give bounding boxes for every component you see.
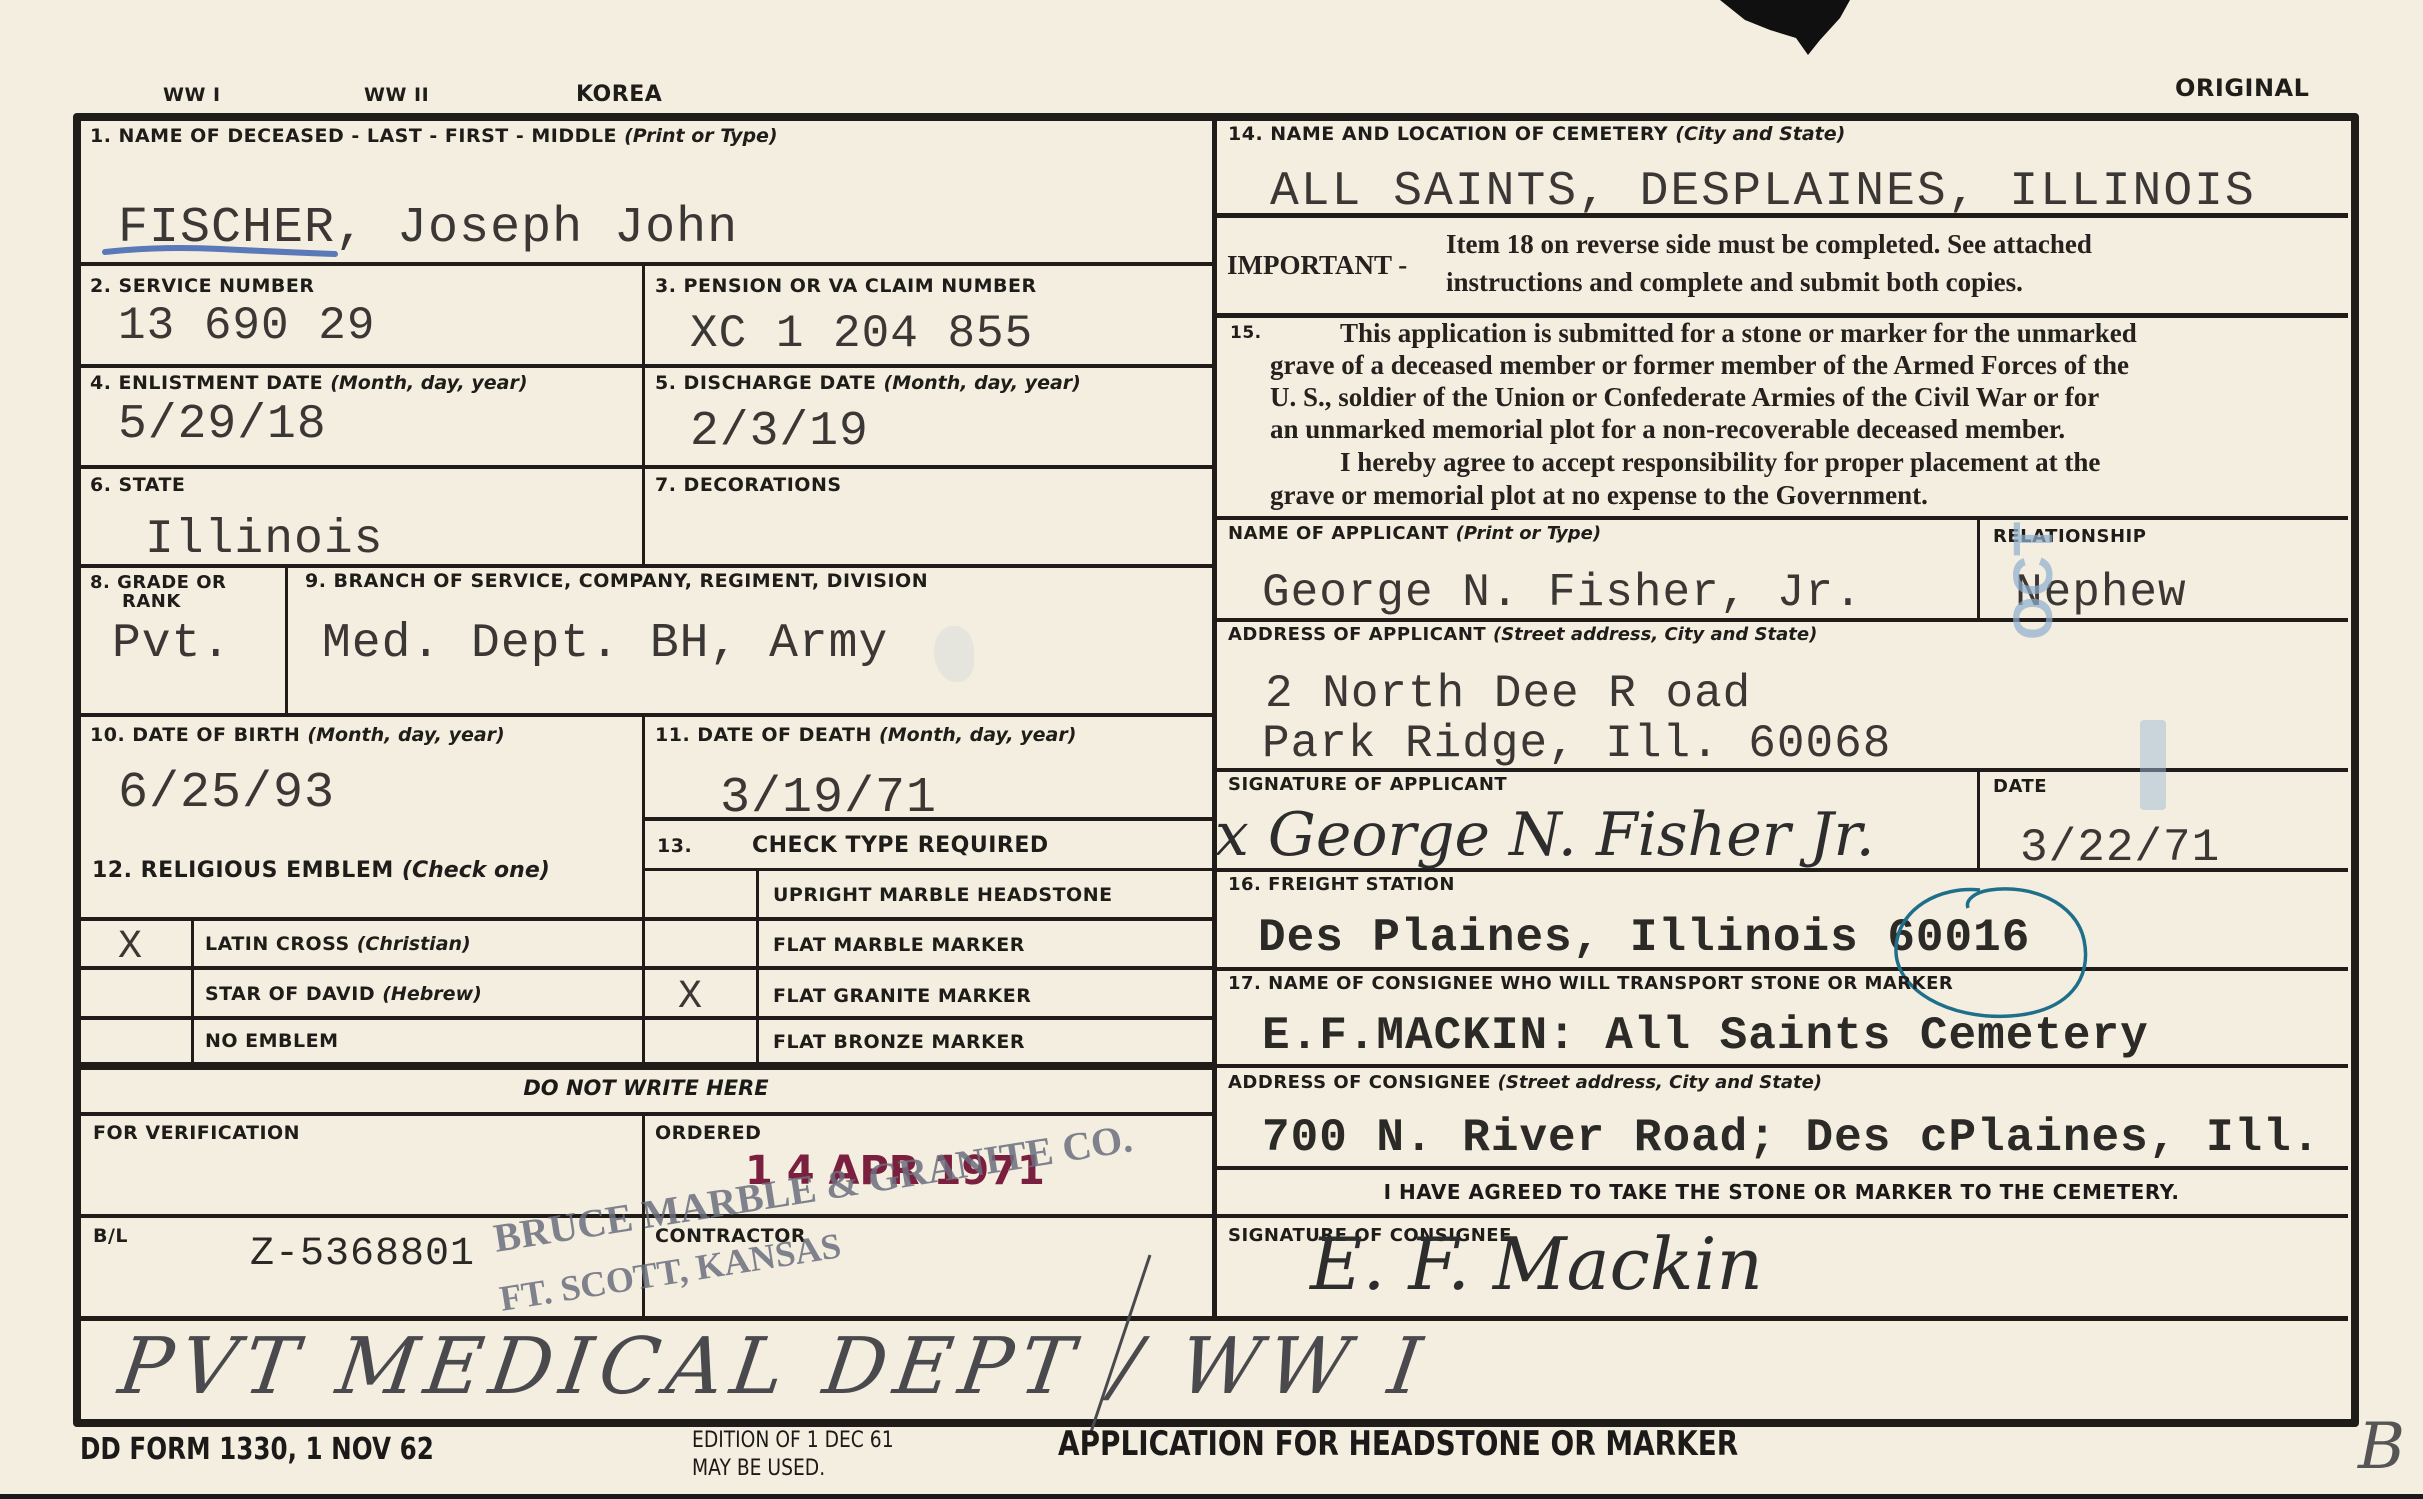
statement-line: an unmarked memorial plot for a non-reco… xyxy=(1270,414,2065,445)
label-hint: (Month, day, year) xyxy=(330,372,527,394)
label-text: STAR OF DAVID xyxy=(205,983,375,1005)
grade-input[interactable]: Pvt. xyxy=(112,617,231,671)
divider xyxy=(78,966,1214,970)
divider xyxy=(78,364,1214,368)
label-hint: (Street address, City and State) xyxy=(1498,1072,1822,1093)
conflict-label-ww2: WW II xyxy=(364,84,429,106)
applicant-address-line1[interactable]: 2 North Dee R oad xyxy=(1265,668,1751,720)
option-label: STAR OF DAVID (Hebrew) xyxy=(205,983,482,1005)
birth-date-label: 10. DATE OF BIRTH (Month, day, year) xyxy=(90,724,505,746)
blue-underline-mark xyxy=(100,242,340,262)
consignee-address-label: ADDRESS OF CONSIGNEE (Street address, Ci… xyxy=(1228,1072,1822,1093)
claim-number-input[interactable]: XC 1 204 855 xyxy=(690,308,1033,360)
label-hint: (Street address, City and State) xyxy=(1493,624,1817,645)
death-date-input[interactable]: 3/19/71 xyxy=(720,770,937,827)
divider xyxy=(1977,772,1980,870)
copy-label: ORIGINAL xyxy=(2175,74,2309,102)
statement-line: grave of a deceased member or former mem… xyxy=(1270,350,2129,381)
label-hint: (Hebrew) xyxy=(382,983,482,1005)
service-number-input[interactable]: 13 690 29 xyxy=(118,300,375,352)
label-hint: (Month, day, year) xyxy=(884,372,1081,394)
conflict-label-ww1: WW I xyxy=(163,84,221,106)
option-label: UPRIGHT MARBLE HEADSTONE xyxy=(773,884,1113,906)
divider xyxy=(642,715,645,1064)
divider xyxy=(78,1062,1214,1070)
divider xyxy=(285,566,288,715)
consignee-address-input[interactable]: 700 N. River Road; Des cPlaines, Ill. xyxy=(1262,1112,2320,1164)
form-number: DD FORM 1330, 1 NOV 62 xyxy=(80,1432,434,1467)
form-title: APPLICATION FOR HEADSTONE OR MARKER xyxy=(1058,1424,1738,1464)
do-not-write-header: DO NOT WRITE HERE xyxy=(78,1076,1214,1100)
religious-emblem-label: 12. RELIGIOUS EMBLEM (Check one) xyxy=(92,858,550,883)
date-input[interactable]: 3/22/71 xyxy=(2020,822,2220,874)
option-label: FLAT BRONZE MARKER xyxy=(773,1031,1025,1053)
divider xyxy=(78,262,1214,266)
statement-line: grave or memorial plot at no expense to … xyxy=(1270,480,1928,511)
label-text: 1. NAME OF DECEASED - LAST - FIRST - MID… xyxy=(90,125,617,147)
scan-edge xyxy=(0,1494,2423,1499)
cemetery-label: 14. NAME AND LOCATION OF CEMETERY (City … xyxy=(1228,123,1845,145)
label-text: ADDRESS OF CONSIGNEE xyxy=(1228,1072,1491,1093)
divider xyxy=(756,870,759,1064)
received-stamp: OCT xyxy=(2000,522,2065,640)
branch-input[interactable]: Med. Dept. BH, Army xyxy=(322,617,888,671)
freight-station-city: Des Plaines, Illinois xyxy=(1258,912,1859,964)
decorations-label: 7. DECORATIONS xyxy=(655,474,842,496)
divider xyxy=(643,868,1214,871)
divider xyxy=(78,917,1214,921)
birth-date-input[interactable]: 6/25/93 xyxy=(118,765,335,822)
applicant-address-line2[interactable]: Park Ridge, Ill. 60068 xyxy=(1262,718,1891,770)
divider xyxy=(78,1316,2348,1321)
consignee-name-label: 17. NAME OF CONSIGNEE WHO WILL TRANSPORT… xyxy=(1228,973,1953,994)
corner-mark: B xyxy=(2358,1410,2405,1484)
consignee-name-input[interactable]: E.F.MACKIN: All Saints Cemetery xyxy=(1262,1010,2149,1062)
label-hint: (Month, day, year) xyxy=(879,724,1076,746)
service-number-label: 2. SERVICE NUMBER xyxy=(90,275,315,297)
field-label: 1. NAME OF DECEASED - LAST - FIRST - MID… xyxy=(90,125,778,147)
label-hint: (Print or Type) xyxy=(1456,523,1601,544)
divider xyxy=(1215,1064,2348,1068)
divider xyxy=(78,1112,1214,1116)
option-label: LATIN CROSS (Christian) xyxy=(205,933,471,955)
edition-note-line2: MAY BE USED. xyxy=(692,1456,825,1481)
edition-note-line1: EDITION OF 1 DEC 61 xyxy=(692,1428,894,1453)
label-text: LATIN CROSS xyxy=(205,933,350,955)
received-stamp-mark xyxy=(2140,720,2166,810)
option-label: NO EMBLEM xyxy=(205,1030,339,1052)
divider xyxy=(78,465,1214,469)
label-text: 10. DATE OF BIRTH xyxy=(90,724,300,746)
grade-label-line2: RANK xyxy=(122,591,181,612)
state-input[interactable]: Illinois xyxy=(145,513,383,567)
label-hint: (City and State) xyxy=(1675,123,1845,145)
important-label: IMPORTANT - xyxy=(1227,250,1407,281)
divider xyxy=(1977,520,1980,620)
label-hint: (Check one) xyxy=(402,858,550,883)
option-label: FLAT MARBLE MARKER xyxy=(773,934,1025,956)
enlistment-date-label: 4. ENLISTMENT DATE (Month, day, year) xyxy=(90,372,528,394)
divider xyxy=(78,1016,1214,1020)
deceased-first-middle: , Joseph John xyxy=(335,200,738,257)
ordered-label: ORDERED xyxy=(655,1122,761,1144)
smudge-mark xyxy=(934,626,974,682)
cemetery-input[interactable]: ALL SAINTS, DESPLAINES, ILLINOIS xyxy=(1270,165,2256,219)
for-verification-label: FOR VERIFICATION xyxy=(93,1122,300,1144)
important-line2: instructions and complete and submit bot… xyxy=(1446,267,2023,298)
divider xyxy=(1215,967,2348,971)
check-type-label: CHECK TYPE REQUIRED xyxy=(752,833,1049,858)
label-text: 5. DISCHARGE DATE xyxy=(655,372,876,394)
conflict-label-korea: KOREA xyxy=(576,82,662,107)
applicant-name-input[interactable]: George N. Fisher, Jr. xyxy=(1262,567,1863,619)
label-text: 11. DATE OF DEATH xyxy=(655,724,872,746)
grade-label-line1: 8. GRADE OR xyxy=(90,572,226,593)
blue-pen-circle xyxy=(1880,878,2100,1028)
enlistment-date-input[interactable]: 5/29/18 xyxy=(118,398,327,452)
check-type-number: 13. xyxy=(657,835,692,857)
option-label: FLAT GRANITE MARKER xyxy=(773,985,1031,1007)
date-label: DATE xyxy=(1993,776,2047,797)
bl-label: B/L xyxy=(93,1225,128,1247)
divider xyxy=(1215,1214,2348,1218)
applicant-signature: x George N. Fisher Jr. xyxy=(1215,800,1875,870)
branch-label: 9. BRANCH OF SERVICE, COMPANY, REGIMENT,… xyxy=(305,570,928,592)
pen-slash-mark xyxy=(1080,1250,1160,1440)
consignee-signature: E. F. Mackin xyxy=(1310,1222,1763,1306)
divider xyxy=(1215,1166,2348,1170)
divider xyxy=(1215,516,2348,520)
death-date-label: 11. DATE OF DEATH (Month, day, year) xyxy=(655,724,1076,746)
applicant-signature-label: SIGNATURE OF APPLICANT xyxy=(1228,774,1507,795)
important-line1: Item 18 on reverse side must be complete… xyxy=(1446,229,2092,260)
applicant-name-label: NAME OF APPLICANT (Print or Type) xyxy=(1228,523,1601,544)
label-text: 4. ENLISTMENT DATE xyxy=(90,372,323,394)
label-text: ADDRESS OF APPLICANT xyxy=(1228,624,1486,645)
discharge-date-input[interactable]: 2/3/19 xyxy=(690,405,869,459)
freight-station-label: 16. FREIGHT STATION xyxy=(1228,874,1455,895)
divider xyxy=(642,264,645,566)
label-text: 12. RELIGIOUS EMBLEM xyxy=(92,858,394,883)
bl-number: Z-5368801 xyxy=(250,1232,475,1277)
divider xyxy=(78,713,1214,717)
state-label: 6. STATE xyxy=(90,474,185,496)
claim-number-label: 3. PENSION OR VA CLAIM NUMBER xyxy=(655,275,1037,297)
handwritten-note: PVT MEDICAL DEPT / WW I xyxy=(114,1322,1435,1412)
label-text: NAME OF APPLICANT xyxy=(1228,523,1449,544)
applicant-address-label: ADDRESS OF APPLICANT (Street address, Ci… xyxy=(1228,624,1817,645)
paper-tear xyxy=(1700,0,1880,60)
checkbox-mark[interactable]: X xyxy=(118,925,142,970)
statement-line: I hereby agree to accept responsibility … xyxy=(1340,447,2100,478)
statement-line: This application is submitted for a ston… xyxy=(1340,318,2137,349)
label-text: 14. NAME AND LOCATION OF CEMETERY xyxy=(1228,123,1668,145)
label-hint: (Christian) xyxy=(357,933,471,955)
statement-number: 15. xyxy=(1230,323,1262,343)
label-hint: (Month, day, year) xyxy=(307,724,504,746)
consignee-agreement-text: I HAVE AGREED TO TAKE THE STONE OR MARKE… xyxy=(1215,1180,2348,1204)
divider xyxy=(191,919,194,1064)
discharge-date-label: 5. DISCHARGE DATE (Month, day, year) xyxy=(655,372,1081,394)
statement-line: U. S., soldier of the Union or Confedera… xyxy=(1270,382,2099,413)
checkbox-mark[interactable]: X xyxy=(678,975,702,1020)
label-hint: (Print or Type) xyxy=(624,125,778,147)
